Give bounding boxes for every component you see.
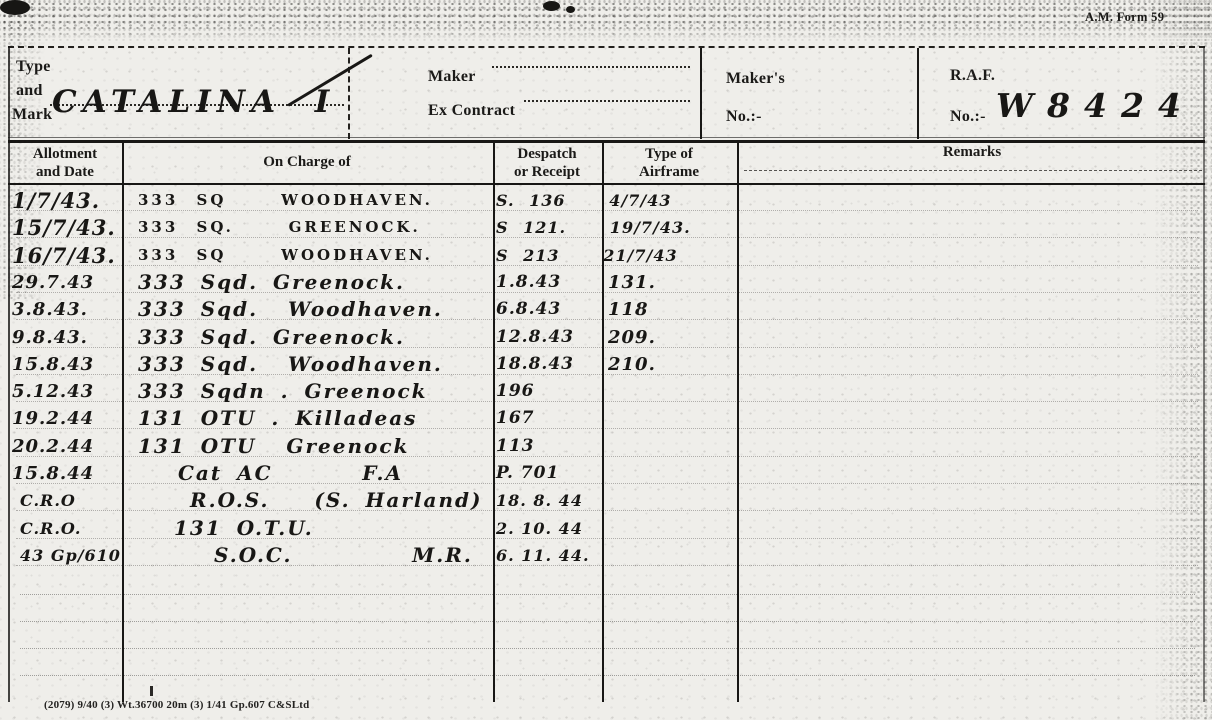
table-row: 3.8.43. 333 Sqd. Woodhaven. 6.8.43 118 bbox=[0, 296, 1212, 323]
cell-on-charge-of: 131 OTU . Killadeas bbox=[138, 405, 417, 432]
cell-type-of-airframe: 209. bbox=[608, 324, 656, 351]
cell-despatch-receipt: 1.8.43 bbox=[496, 269, 561, 296]
table-body: 1/7/43. 333 SQ WOODHAVEN. S. 136 4/7/43 … bbox=[0, 0, 1212, 720]
table-row: 5.12.43 333 Sqdn . Greenock 196 bbox=[0, 378, 1212, 405]
table-row: 15.8.43 333 Sqd. Woodhaven. 18.8.43 210. bbox=[0, 351, 1212, 378]
cell-on-charge-of: 333 Sqdn . Greenock bbox=[138, 378, 428, 405]
cell-on-charge-of: 333 SQ. GREENOCK. bbox=[138, 214, 421, 241]
cell-despatch-receipt: 12.8.43 bbox=[496, 324, 574, 351]
table-row: 9.8.43. 333 Sqd. Greenock. 12.8.43 209. bbox=[0, 324, 1212, 351]
cell-despatch-receipt: S 121. 19/7/43. bbox=[496, 214, 691, 241]
cell-allotment-date: 43 Gp/610 bbox=[12, 542, 121, 569]
cell-on-charge-of: 333 SQ WOODHAVEN. bbox=[138, 242, 433, 269]
cell-allotment-date: 5.12.43 bbox=[12, 378, 94, 405]
cell-allotment-date: 9.8.43. bbox=[12, 324, 88, 351]
cell-despatch-receipt: S 213 21/7/43 bbox=[496, 242, 678, 269]
cell-allotment-date: 16/7/43. bbox=[12, 242, 116, 269]
scanned-movement-card: A.M. Form 59 Type and Mark CATALINA I Ma… bbox=[0, 0, 1212, 720]
cell-on-charge-of: 333 Sqd. Woodhaven. bbox=[138, 351, 443, 378]
cell-despatch-receipt: S. 136 4/7/43 bbox=[496, 187, 671, 214]
cell-on-charge-of: 333 Sqd. Woodhaven. bbox=[138, 296, 443, 323]
cell-on-charge-of: 131 OTU Greenock bbox=[138, 433, 409, 460]
cell-despatch-receipt: 167 bbox=[496, 405, 535, 432]
table-row: C.R.O R.O.S. (S. Harland) 18. 8. 44 bbox=[0, 487, 1212, 514]
cell-allotment-date: C.R.O bbox=[12, 487, 76, 514]
cell-allotment-date: 3.8.43. bbox=[12, 296, 88, 323]
cell-on-charge-of: S.O.C. M.R. bbox=[138, 542, 473, 569]
table-row: 43 Gp/610 S.O.C. M.R. 6. 11. 44. bbox=[0, 542, 1212, 569]
table-row: 15.8.44 Cat AC F.A P. 701 bbox=[0, 460, 1212, 487]
cell-on-charge-of: 333 Sqd. Greenock. bbox=[138, 324, 405, 351]
cell-despatch-receipt: 113 bbox=[496, 433, 535, 460]
table-row: 16/7/43. 333 SQ WOODHAVEN. S 213 21/7/43 bbox=[0, 242, 1212, 269]
table-row: 29.7.43 333 Sqd. Greenock. 1.8.43 131. bbox=[0, 269, 1212, 296]
cell-allotment-date: C.R.O. bbox=[12, 515, 81, 542]
cell-despatch-receipt: 2. 10. 44 bbox=[496, 515, 583, 542]
cell-type-of-airframe: 210. bbox=[608, 351, 656, 378]
cell-allotment-date: 19.2.44 bbox=[12, 405, 94, 432]
cell-on-charge-of: 131 O.T.U. bbox=[138, 515, 314, 542]
cell-type-of-airframe: 131. bbox=[608, 269, 656, 296]
cell-on-charge-of: R.O.S. (S. Harland) bbox=[138, 487, 482, 514]
cell-despatch-receipt: 196 bbox=[496, 378, 535, 405]
cell-allotment-date: 29.7.43 bbox=[12, 269, 94, 296]
cell-allotment-date: 15/7/43. bbox=[12, 214, 116, 241]
cell-allotment-date: 15.8.43 bbox=[12, 351, 94, 378]
cell-despatch-receipt: 18. 8. 44 bbox=[496, 487, 583, 514]
table-row: 19.2.44 131 OTU . Killadeas 167 bbox=[0, 405, 1212, 432]
cell-allotment-date: 15.8.44 bbox=[12, 460, 94, 487]
table-row: 20.2.44 131 OTU Greenock 113 bbox=[0, 433, 1212, 460]
cell-type-of-airframe: 118 bbox=[608, 296, 649, 323]
table-row: 1/7/43. 333 SQ WOODHAVEN. S. 136 4/7/43 bbox=[0, 187, 1212, 214]
table-row: C.R.O. 131 O.T.U. 2. 10. 44 bbox=[0, 515, 1212, 542]
cell-despatch-receipt: 6.8.43 bbox=[496, 296, 561, 323]
cell-on-charge-of: Cat AC F.A bbox=[138, 460, 403, 487]
cell-allotment-date: 1/7/43. bbox=[12, 187, 100, 214]
cell-allotment-date: 20.2.44 bbox=[12, 433, 94, 460]
table-row: 15/7/43. 333 SQ. GREENOCK. S 121. 19/7/4… bbox=[0, 214, 1212, 241]
cell-despatch-receipt: 18.8.43 bbox=[496, 351, 574, 378]
cell-despatch-receipt: P. 701 bbox=[496, 460, 559, 487]
cell-despatch-receipt: 6. 11. 44. bbox=[496, 542, 590, 569]
cell-on-charge-of: 333 Sqd. Greenock. bbox=[138, 269, 405, 296]
cell-on-charge-of: 333 SQ WOODHAVEN. bbox=[138, 187, 433, 214]
